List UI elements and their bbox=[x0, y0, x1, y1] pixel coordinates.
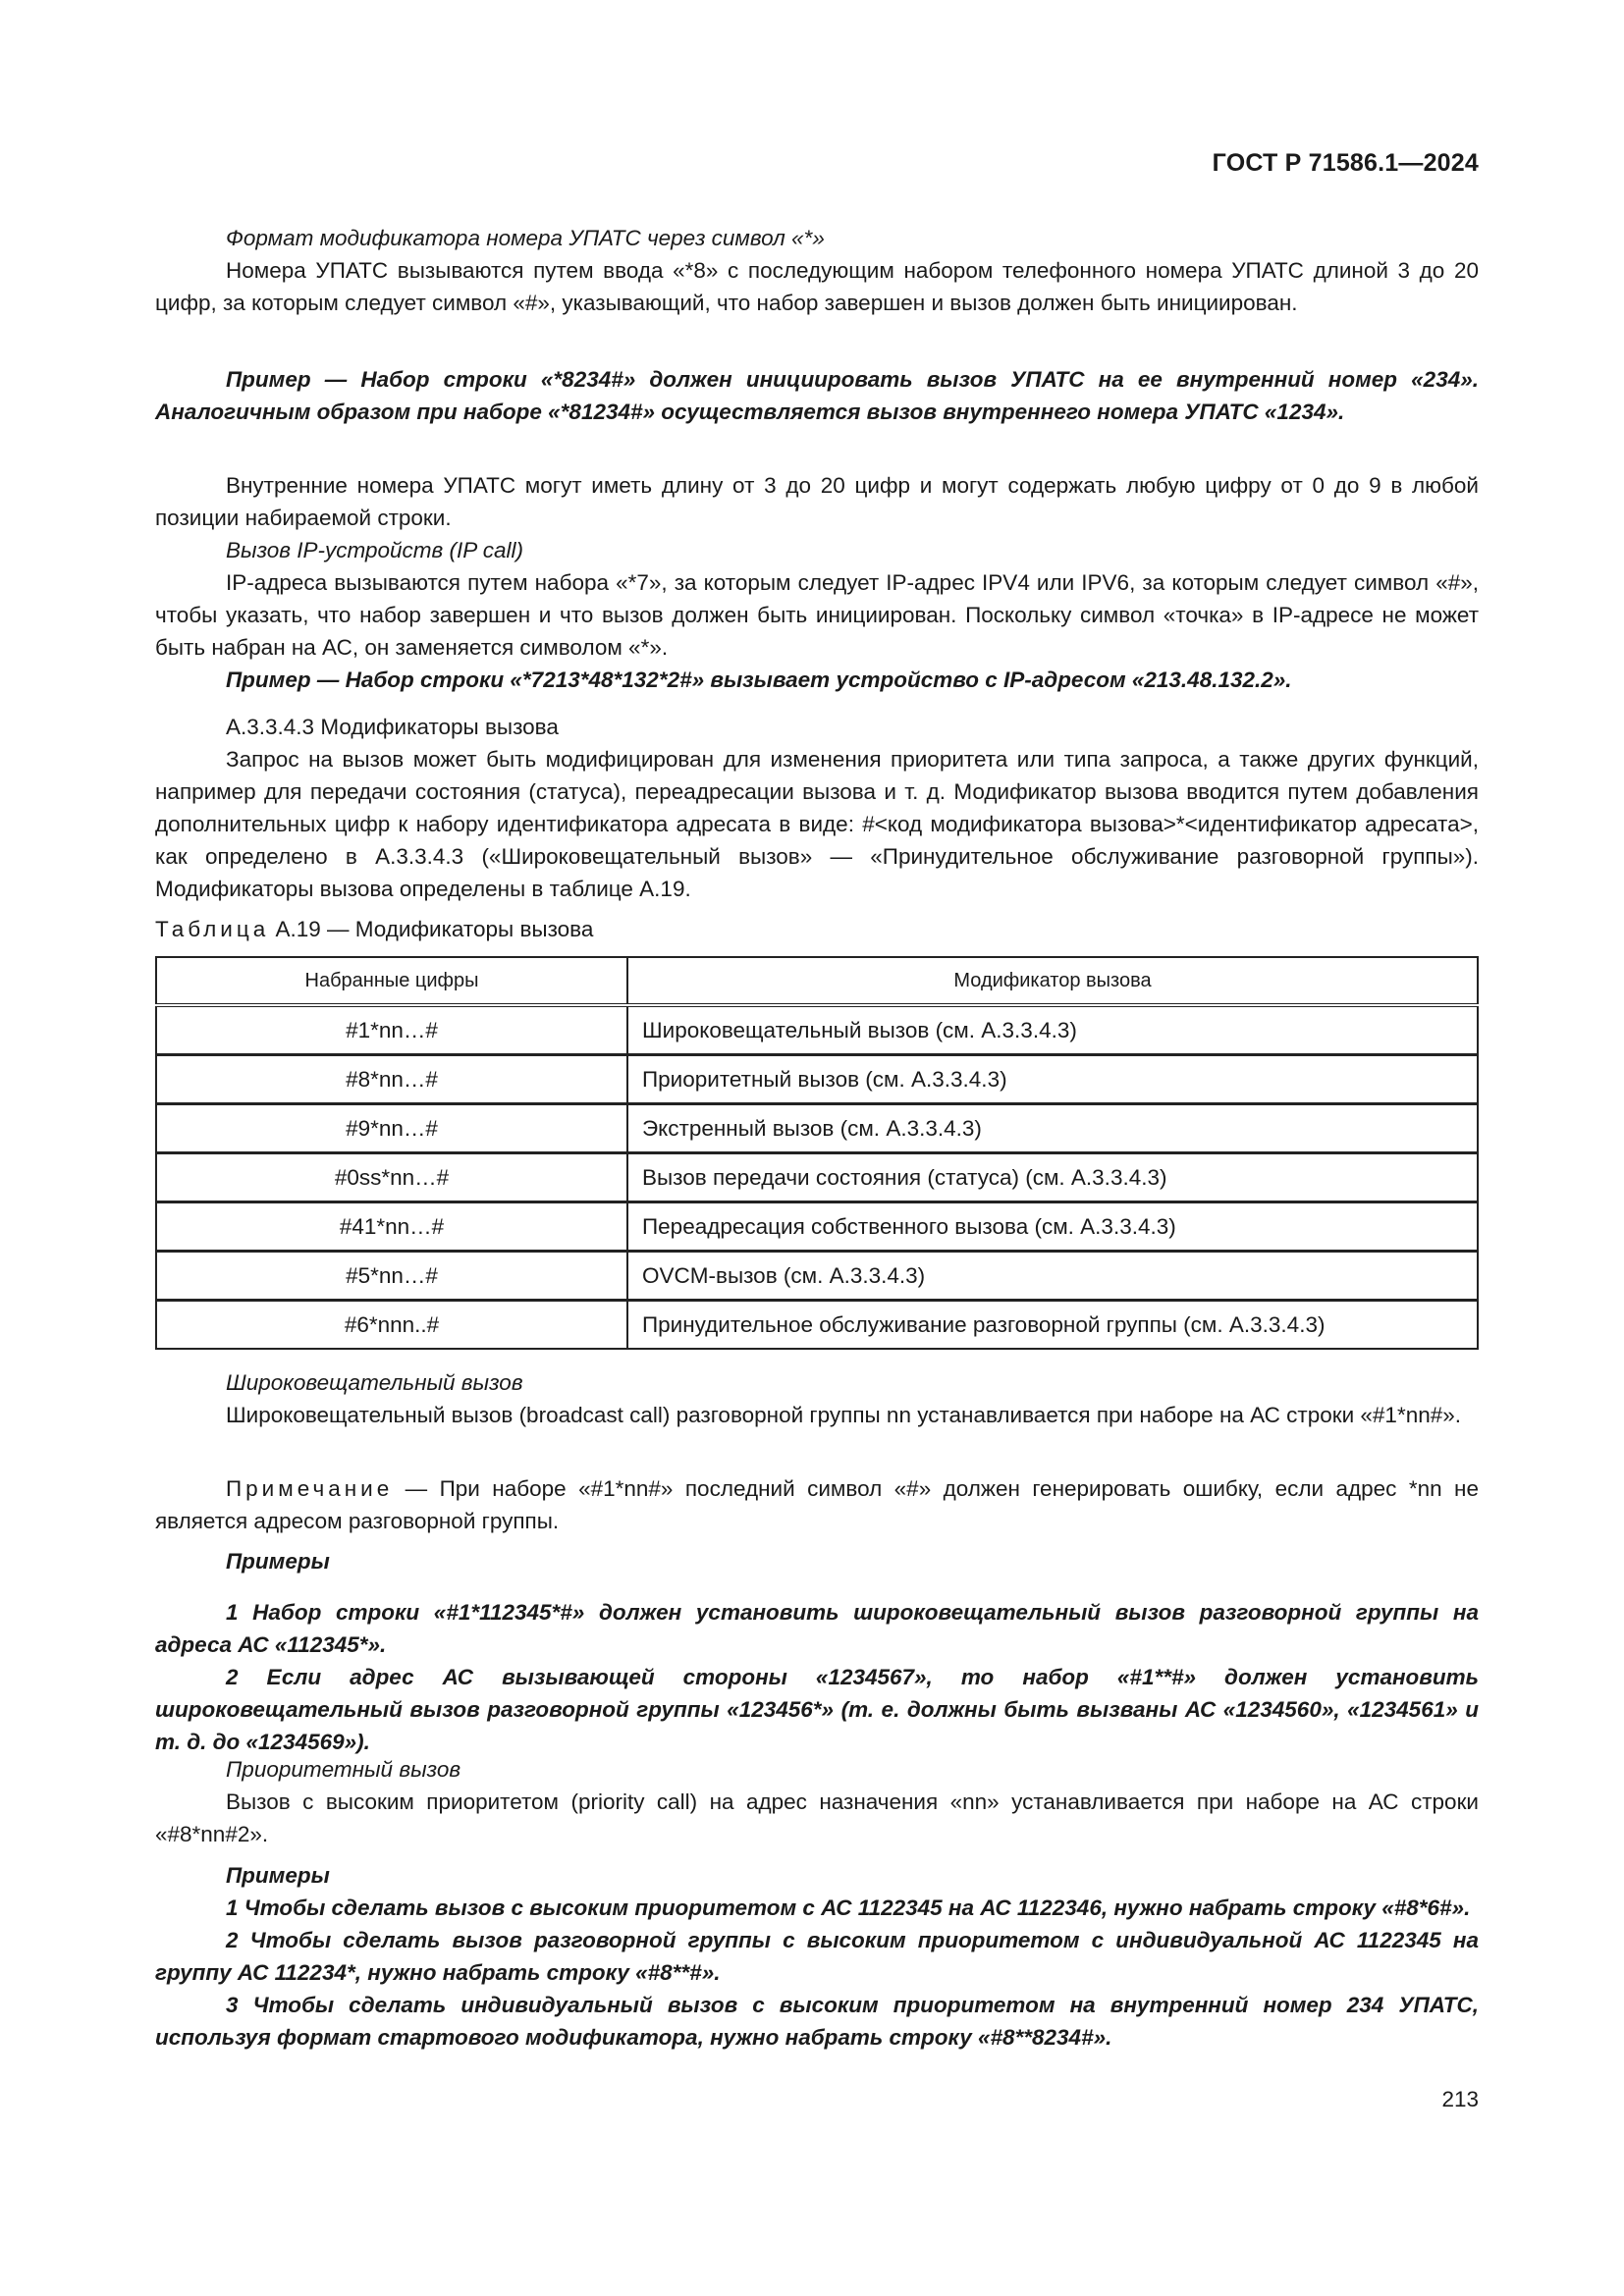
cell-digits: #9*nn…# bbox=[156, 1104, 627, 1153]
broadcast-examples: Примеры bbox=[155, 1545, 1479, 1577]
paragraph-broadcast: Широковещательный вызов (broadcast call)… bbox=[155, 1399, 1479, 1431]
example-ip-text: Пример — Набор строки «*7213*48*132*2#» … bbox=[155, 664, 1479, 696]
note-label: Примечание bbox=[226, 1476, 393, 1501]
page-number: 213 bbox=[1441, 2087, 1479, 2112]
table-caption-text: А.19 — Модификаторы вызова bbox=[276, 917, 594, 941]
table-caption-line: Таблица А.19 — Модификаторы вызова bbox=[155, 913, 1479, 945]
subheading-upats-modifier: Формат модификатора номера УПАТС через с… bbox=[155, 222, 1479, 254]
table-row: #9*nn…# Экстренный вызов (см. А.3.3.4.3) bbox=[156, 1104, 1478, 1153]
cell-modifier: Широковещательный вызов (см. А.3.3.4.3) bbox=[627, 1005, 1478, 1055]
broadcast-examples-list: 1 Набор строки «#1*112345*#» должен уста… bbox=[155, 1596, 1479, 1758]
heading-call-modifiers: А.3.3.4.3 Модификаторы вызова bbox=[155, 711, 1479, 743]
paragraph-upats-length: Внутренние номера УПАТС могут иметь длин… bbox=[155, 469, 1479, 534]
cell-modifier: Вызов передачи состояния (статуса) (см. … bbox=[627, 1153, 1478, 1202]
subheading-broadcast: Широковещательный вызов bbox=[155, 1366, 1479, 1399]
cell-modifier: Переадресация собственного вызова (см. А… bbox=[627, 1202, 1478, 1252]
table-row: #41*nn…# Переадресация собственного вызо… bbox=[156, 1202, 1478, 1252]
cell-digits: #0ss*nn…# bbox=[156, 1153, 627, 1202]
table-caption: Таблица А.19 — Модификаторы вызова bbox=[155, 913, 1479, 945]
table-row: #1*nn…# Широковещательный вызов (см. А.3… bbox=[156, 1005, 1478, 1055]
cell-modifier: OVCM-вызов (см. А.3.3.4.3) bbox=[627, 1252, 1478, 1301]
priority-examples: Примеры 1 Чтобы сделать вызов с высоким … bbox=[155, 1859, 1479, 2054]
subheading-priority: Приоритетный вызов bbox=[155, 1753, 1479, 1786]
cell-modifier: Экстренный вызов (см. А.3.3.4.3) bbox=[627, 1104, 1478, 1153]
table-row: #6*nnn..# Принудительное обслуживание ра… bbox=[156, 1301, 1478, 1350]
example-upats-text: Пример — Набор строки «*8234#» должен ин… bbox=[155, 363, 1479, 428]
broadcast-example-2: 2 Если адрес АС вызывающей стороны «1234… bbox=[155, 1661, 1479, 1758]
cell-digits: #8*nn…# bbox=[156, 1055, 627, 1104]
table-row: #0ss*nn…# Вызов передачи состояния (стат… bbox=[156, 1153, 1478, 1202]
subheading-ip-call: Вызов IP-устройств (IP call) bbox=[155, 534, 1479, 566]
section-upats-modifier: Формат модификатора номера УПАТС через с… bbox=[155, 222, 1479, 319]
table-header-row: Набранные цифры Модификатор вызова bbox=[156, 957, 1478, 1005]
section-upats-length: Внутренние номера УПАТС могут иметь длин… bbox=[155, 469, 1479, 664]
paragraph-upats-modifier: Номера УПАТС вызываются путем ввода «*8»… bbox=[155, 254, 1479, 319]
priority-example-1: 1 Чтобы сделать вызов с высоким приорите… bbox=[155, 1892, 1479, 1924]
cell-digits: #5*nn…# bbox=[156, 1252, 627, 1301]
paragraph-call-modifiers: Запрос на вызов может быть модифицирован… bbox=[155, 743, 1479, 905]
priority-examples-heading: Примеры bbox=[155, 1859, 1479, 1892]
section-priority: Приоритетный вызов Вызов с высоким приор… bbox=[155, 1753, 1479, 1850]
cell-modifier: Приоритетный вызов (см. А.3.3.4.3) bbox=[627, 1055, 1478, 1104]
note-broadcast: Примечание — При наборе «#1*nn#» последн… bbox=[155, 1472, 1479, 1537]
section-broadcast: Широковещательный вызов Широковещательны… bbox=[155, 1366, 1479, 1431]
document-code-header: ГОСТ Р 71586.1—2024 bbox=[1213, 149, 1479, 178]
column-header-modifier: Модификатор вызова bbox=[627, 957, 1478, 1005]
cell-modifier: Принудительное обслуживание разговорной … bbox=[627, 1301, 1478, 1350]
cell-digits: #1*nn…# bbox=[156, 1005, 627, 1055]
paragraph-ip-call: IP-адреса вызываются путем набора «*7», … bbox=[155, 566, 1479, 664]
column-header-digits: Набранные цифры bbox=[156, 957, 627, 1005]
example-ip: Пример — Набор строки «*7213*48*132*2#» … bbox=[155, 664, 1479, 696]
note-broadcast-line: Примечание — При наборе «#1*nn#» последн… bbox=[155, 1472, 1479, 1537]
priority-example-3: 3 Чтобы сделать индивидуальный вызов с в… bbox=[155, 1989, 1479, 2054]
broadcast-examples-heading: Примеры bbox=[155, 1545, 1479, 1577]
example-upats: Пример — Набор строки «*8234#» должен ин… bbox=[155, 363, 1479, 428]
section-call-modifiers: А.3.3.4.3 Модификаторы вызова Запрос на … bbox=[155, 711, 1479, 905]
table-row: #5*nn…# OVCM-вызов (см. А.3.3.4.3) bbox=[156, 1252, 1478, 1301]
priority-example-2: 2 Чтобы сделать вызов разговорной группы… bbox=[155, 1924, 1479, 1989]
broadcast-example-1: 1 Набор строки «#1*112345*#» должен уста… bbox=[155, 1596, 1479, 1661]
paragraph-priority: Вызов с высоким приоритетом (priority ca… bbox=[155, 1786, 1479, 1850]
table-row: #8*nn…# Приоритетный вызов (см. А.3.3.4.… bbox=[156, 1055, 1478, 1104]
modifiers-table: Набранные цифры Модификатор вызова #1*nn… bbox=[155, 956, 1479, 1350]
table-caption-label: Таблица bbox=[155, 917, 269, 941]
cell-digits: #41*nn…# bbox=[156, 1202, 627, 1252]
cell-digits: #6*nnn..# bbox=[156, 1301, 627, 1350]
modifiers-table-container: Набранные цифры Модификатор вызова #1*nn… bbox=[155, 956, 1479, 1350]
